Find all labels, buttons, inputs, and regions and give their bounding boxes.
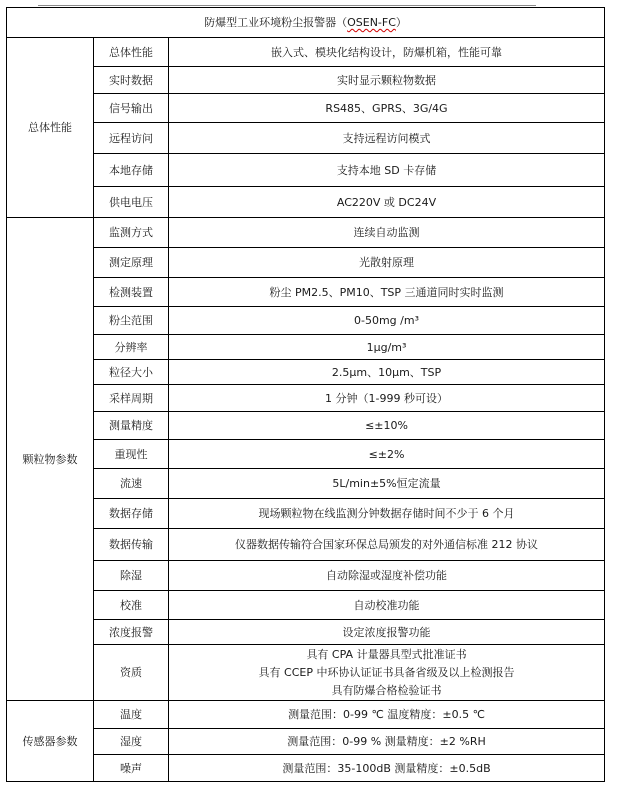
- param-value: 1 分钟（1-999 秒可设）: [169, 385, 605, 412]
- param-value: ≤±2%: [169, 440, 605, 469]
- table-row: 校准自动校准功能: [7, 591, 605, 620]
- param-value: 测量范围：0-99 % 测量精度：±2 %RH: [169, 729, 605, 755]
- param-value: 嵌入式、模块化结构设计，防爆机箱，性能可靠: [169, 38, 605, 67]
- table-title: 防爆型工业环境粉尘报警器（OSEN-FC）: [7, 8, 605, 38]
- table-row: 浓度报警设定浓度报警功能: [7, 620, 605, 645]
- param-value: 实时显示颗粒物数据: [169, 67, 605, 94]
- table-row: 噪声测量范围：35-100dB 测量精度：±0.5dB: [7, 755, 605, 782]
- param-label: 噪声: [94, 755, 169, 782]
- table-row: 远程访问支持远程访问模式: [7, 123, 605, 154]
- table-row: 湿度测量范围：0-99 % 测量精度：±2 %RH: [7, 729, 605, 755]
- param-value: 粉尘 PM2.5、PM10、TSP 三通道同时实时监测: [169, 278, 605, 307]
- table-row: 采样周期1 分钟（1-999 秒可设）: [7, 385, 605, 412]
- table-row: 信号输出RS485、GPRS、3G/4G: [7, 94, 605, 123]
- param-label: 湿度: [94, 729, 169, 755]
- table-row: 本地存储支持本地 SD 卡存储: [7, 154, 605, 187]
- param-value: 支持远程访问模式: [169, 123, 605, 154]
- param-value: 设定浓度报警功能: [169, 620, 605, 645]
- param-label: 流速: [94, 469, 169, 499]
- param-label: 校准: [94, 591, 169, 620]
- table-row: 重现性≤±2%: [7, 440, 605, 469]
- param-label: 实时数据: [94, 67, 169, 94]
- section-label: 颗粒物参数: [7, 218, 94, 701]
- model-name: OSEN-FC: [347, 16, 396, 29]
- header-rule: [38, 5, 536, 6]
- param-label: 温度: [94, 701, 169, 729]
- param-label: 除湿: [94, 561, 169, 591]
- param-label: 远程访问: [94, 123, 169, 154]
- table-row: 传感器参数温度测量范围：0-99 ℃ 温度精度：±0.5 ℃: [7, 701, 605, 729]
- param-value: 自动除湿或湿度补偿功能: [169, 561, 605, 591]
- table-row: 资质具有 CPA 计量器具型式批准证书具有 CCEP 中环协认证证书具备省级及以…: [7, 645, 605, 701]
- param-value: 5L/min±5%恒定流量: [169, 469, 605, 499]
- param-label: 粉尘范围: [94, 307, 169, 335]
- param-value: 具有 CPA 计量器具型式批准证书具有 CCEP 中环协认证证书具备省级及以上检…: [169, 645, 605, 701]
- table-row: 粉尘范围0-50mg /m³: [7, 307, 605, 335]
- table-row: 数据传输仪器数据传输符合国家环保总局颁发的对外通信标准 212 协议: [7, 529, 605, 561]
- param-value: 测量范围：35-100dB 测量精度：±0.5dB: [169, 755, 605, 782]
- table-row: 检测装置粉尘 PM2.5、PM10、TSP 三通道同时实时监测: [7, 278, 605, 307]
- param-label: 测定原理: [94, 248, 169, 278]
- table-row: 数据存储现场颗粒物在线监测分钟数据存储时间不少于 6 个月: [7, 499, 605, 529]
- table-row: 除湿自动除湿或湿度补偿功能: [7, 561, 605, 591]
- param-value: 2.5μm、10μm、TSP: [169, 360, 605, 385]
- param-value: 连续自动监测: [169, 218, 605, 248]
- param-value: 支持本地 SD 卡存储: [169, 154, 605, 187]
- table-row: 实时数据实时显示颗粒物数据: [7, 67, 605, 94]
- param-label: 采样周期: [94, 385, 169, 412]
- param-value: RS485、GPRS、3G/4G: [169, 94, 605, 123]
- param-label: 资质: [94, 645, 169, 701]
- param-label: 浓度报警: [94, 620, 169, 645]
- spec-table: 防爆型工业环境粉尘报警器（OSEN-FC） 总体性能总体性能嵌入式、模块化结构设…: [6, 7, 605, 782]
- param-label: 测量精度: [94, 412, 169, 440]
- table-row: 分辨率1μg/m³: [7, 335, 605, 360]
- param-value: 仪器数据传输符合国家环保总局颁发的对外通信标准 212 协议: [169, 529, 605, 561]
- param-value: ≤±10%: [169, 412, 605, 440]
- table-row: 总体性能总体性能嵌入式、模块化结构设计，防爆机箱，性能可靠: [7, 38, 605, 67]
- table-row: 粒径大小2.5μm、10μm、TSP: [7, 360, 605, 385]
- table-row: 颗粒物参数监测方式连续自动监测: [7, 218, 605, 248]
- param-label: 监测方式: [94, 218, 169, 248]
- param-label: 检测装置: [94, 278, 169, 307]
- param-label: 信号输出: [94, 94, 169, 123]
- param-label: 供电电压: [94, 187, 169, 218]
- param-label: 本地存储: [94, 154, 169, 187]
- title-row: 防爆型工业环境粉尘报警器（OSEN-FC）: [7, 8, 605, 38]
- param-value: 光散射原理: [169, 248, 605, 278]
- table-row: 测量精度≤±10%: [7, 412, 605, 440]
- param-value: 0-50mg /m³: [169, 307, 605, 335]
- section-label: 传感器参数: [7, 701, 94, 782]
- param-value-line: 具有 CPA 计量器具型式批准证书: [173, 646, 600, 664]
- table-row: 供电电压AC220V 或 DC24V: [7, 187, 605, 218]
- param-label: 重现性: [94, 440, 169, 469]
- param-value: 测量范围：0-99 ℃ 温度精度：±0.5 ℃: [169, 701, 605, 729]
- param-label: 粒径大小: [94, 360, 169, 385]
- param-value: 自动校准功能: [169, 591, 605, 620]
- param-value-line: 具有防爆合格检验证书: [173, 682, 600, 700]
- param-value: 1μg/m³: [169, 335, 605, 360]
- param-label: 数据存储: [94, 499, 169, 529]
- table-row: 测定原理光散射原理: [7, 248, 605, 278]
- param-value-line: 具有 CCEP 中环协认证证书具备省级及以上检测报告: [173, 664, 600, 682]
- param-value: AC220V 或 DC24V: [169, 187, 605, 218]
- section-label: 总体性能: [7, 38, 94, 218]
- table-row: 流速5L/min±5%恒定流量: [7, 469, 605, 499]
- param-label: 总体性能: [94, 38, 169, 67]
- param-value: 现场颗粒物在线监测分钟数据存储时间不少于 6 个月: [169, 499, 605, 529]
- param-label: 分辨率: [94, 335, 169, 360]
- param-label: 数据传输: [94, 529, 169, 561]
